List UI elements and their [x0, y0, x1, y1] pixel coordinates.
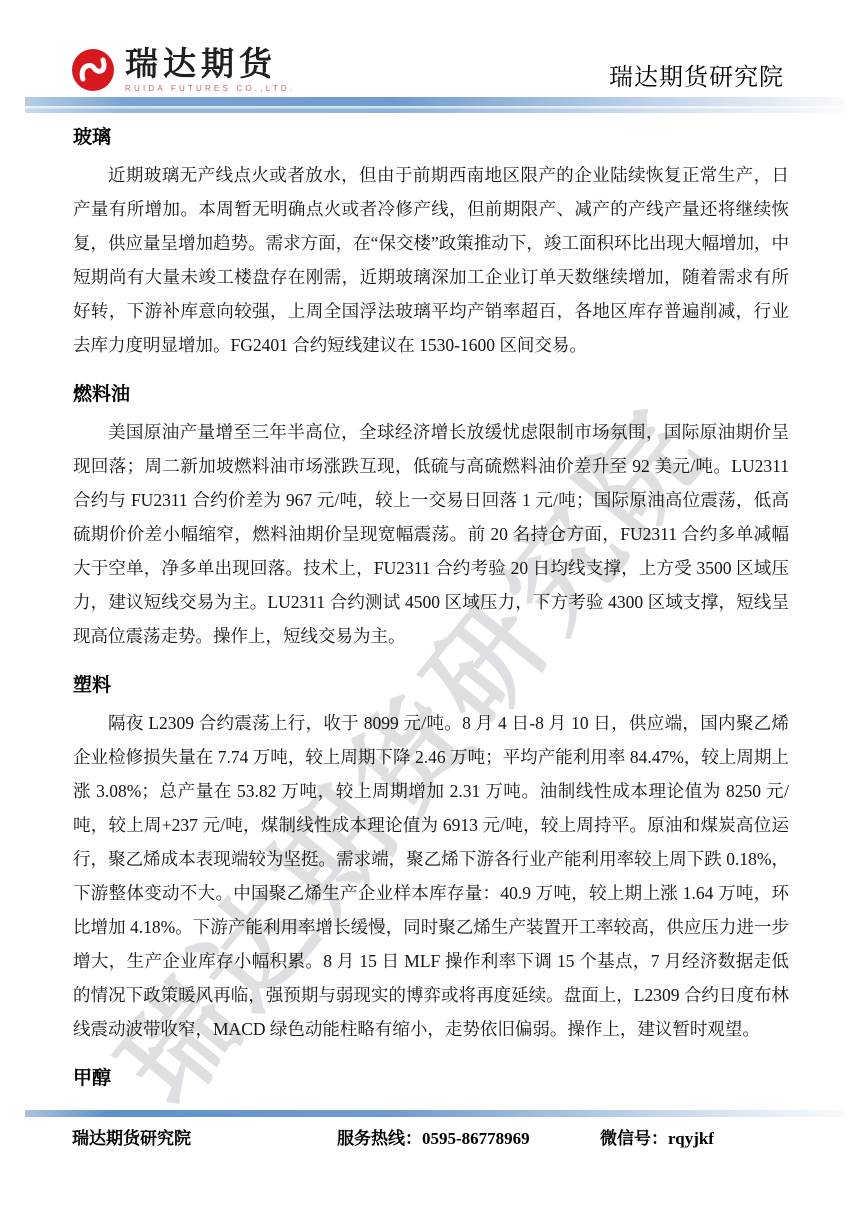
section-title: 塑料 [73, 673, 789, 699]
section-methanol: 甲醇 [73, 1066, 789, 1092]
page-header: 瑞达期货 RUIDA FUTURES CO.,LTD. 瑞达期货研究院 [0, 0, 860, 97]
section-title: 玻璃 [73, 125, 789, 151]
footer-hotline-label: 服务热线： [337, 1129, 422, 1148]
ruida-logo-icon [70, 47, 116, 93]
section-paragraph: 隔夜 L2309 合约震荡上行，收于 8099 元/吨。8 月 4 日-8 月 … [73, 706, 789, 1046]
footer-divider-bar [25, 1110, 844, 1117]
footer-row: 瑞达期货研究院 服务热线：0595-86778969 微信号：rqyjkf [0, 1124, 860, 1154]
footer-wechat-label: 微信号： [600, 1129, 668, 1148]
header-divider-bar [25, 97, 844, 113]
section-paragraph: 美国原油产量增至三年半高位，全球经济增长放缓忧虑限制市场氛围，国际原油期价呈现回… [73, 415, 789, 653]
report-body: 玻璃 近期玻璃无产线点火或者放水，但由于前期西南地区限产的企业陆续恢复正常生产，… [73, 113, 789, 1099]
section-paragraph: 近期玻璃无产线点火或者放水，但由于前期西南地区限产的企业陆续恢复正常生产，日产量… [73, 158, 789, 362]
section-fuel-oil: 燃料油 美国原油产量增至三年半高位，全球经济增长放缓忧虑限制市场氛围，国际原油期… [73, 382, 789, 653]
footer-institute: 瑞达期货研究院 [72, 1124, 191, 1149]
section-title: 甲醇 [73, 1066, 789, 1092]
footer-hotline: 服务热线：0595-86778969 [337, 1124, 530, 1149]
company-logo: 瑞达期货 RUIDA FUTURES CO.,LTD. [70, 47, 295, 93]
logo-text: 瑞达期货 RUIDA FUTURES CO.,LTD. [125, 47, 295, 93]
section-plastic: 塑料 隔夜 L2309 合约震荡上行，收于 8099 元/吨。8 月 4 日-8… [73, 673, 789, 1046]
report-page: 瑞达期货 RUIDA FUTURES CO.,LTD. 瑞达期货研究院 瑞达期货… [0, 0, 860, 1217]
footer-hotline-number: 0595-86778969 [422, 1129, 530, 1148]
page-footer: 瑞达期货研究院 服务热线：0595-86778969 微信号：rqyjkf [0, 1110, 860, 1217]
footer-wechat-id: rqyjkf [668, 1129, 714, 1148]
section-glass: 玻璃 近期玻璃无产线点火或者放水，但由于前期西南地区限产的企业陆续恢复正常生产，… [73, 125, 789, 362]
logo-subtitle: RUIDA FUTURES CO.,LTD. [125, 84, 295, 93]
section-title: 燃料油 [73, 382, 789, 408]
page-title: 瑞达期货研究院 [609, 57, 784, 93]
logo-name: 瑞达期货 [125, 47, 295, 80]
footer-wechat: 微信号：rqyjkf [600, 1124, 714, 1149]
